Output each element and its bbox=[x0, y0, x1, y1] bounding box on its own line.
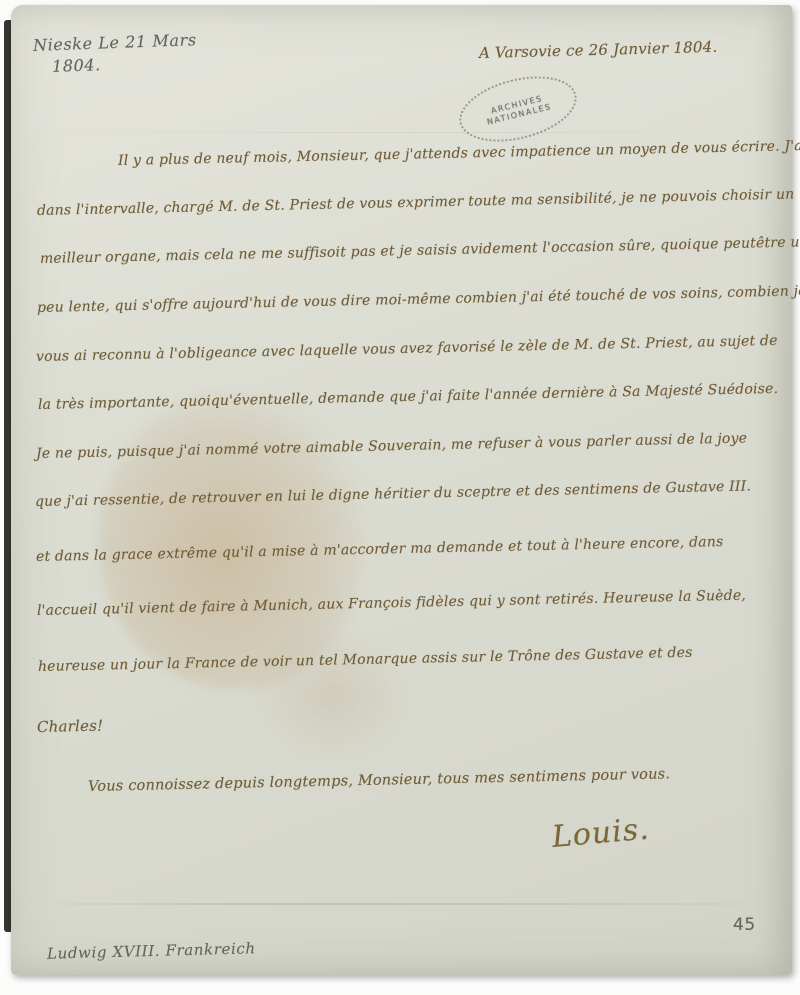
paper-crease-line-top bbox=[22, 132, 800, 133]
paper-stain-small bbox=[246, 625, 416, 765]
paper-crease-line bbox=[22, 903, 800, 905]
scanned-letter-page: Nieske Le 21 Mars 1804. A Varsovie ce 26… bbox=[0, 0, 800, 995]
page-number: 45 bbox=[733, 915, 756, 935]
body-line: Charles! bbox=[37, 717, 104, 736]
pencil-note-received-line2: 1804. bbox=[52, 55, 101, 76]
